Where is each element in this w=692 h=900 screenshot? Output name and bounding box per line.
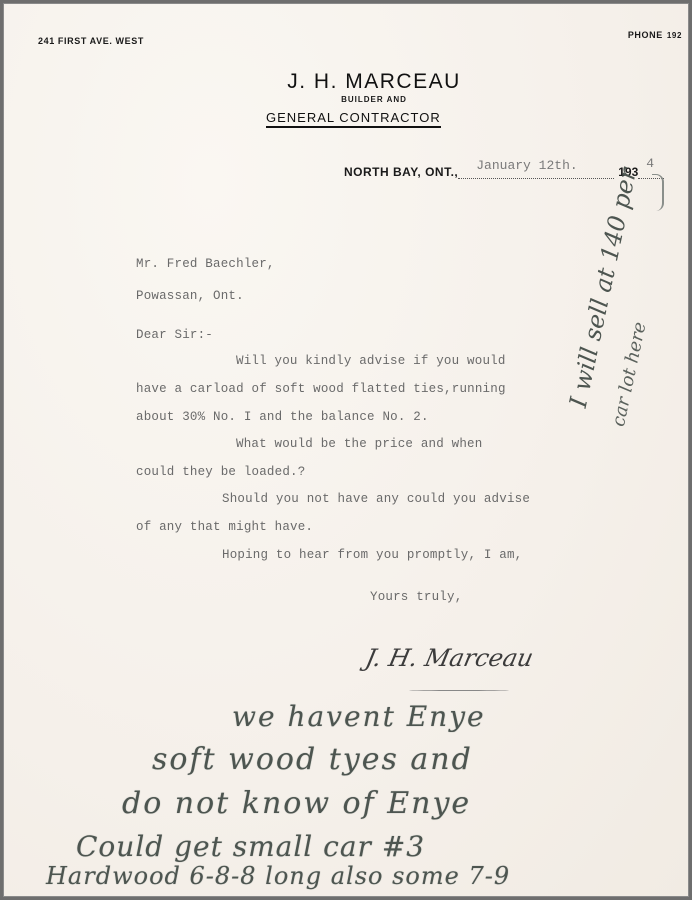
handwritten-bracket	[652, 174, 664, 211]
recipient-name: Mr. Fred Baechler,	[136, 257, 275, 271]
body-line: about 30% No. I and the balance No. 2.	[136, 410, 429, 424]
body-line: What would be the price and when	[236, 437, 482, 451]
letterhead-phone: PHONE192	[628, 30, 682, 40]
signature-underline	[409, 690, 509, 691]
date-field: January 12th.	[458, 164, 614, 179]
letterhead-address: 241 FIRST AVE. WEST	[38, 36, 144, 46]
body-line: of any that might have.	[136, 520, 313, 534]
company-name: J. H. MARCEAU	[4, 70, 689, 94]
handwritten-margin-note-2: car lot here	[608, 320, 651, 428]
body-line: have a carload of soft wood flatted ties…	[136, 382, 506, 396]
handwritten-line: do not know of Enye	[122, 786, 471, 821]
letter-page: 241 FIRST AVE. WEST PHONE192 J. H. MARCE…	[3, 3, 689, 897]
recipient-location: Powassan, Ont.	[136, 289, 244, 303]
body-line: could they be loaded.?	[136, 465, 305, 479]
year-suffix: 4	[646, 156, 654, 171]
handwritten-line: Hardwood 6-8-8 long also some 7-9	[46, 862, 510, 890]
salutation: Dear Sir:-	[136, 328, 213, 342]
phone-number: 192	[667, 31, 682, 40]
body-line: Hoping to hear from you promptly, I am,	[222, 548, 522, 562]
handwritten-line: Could get small car #3	[76, 830, 425, 863]
signature: J. H. Marceau	[363, 644, 536, 672]
handwritten-line: we havent Enye	[232, 700, 486, 733]
dateline-place: NORTH BAY, ONT.,	[344, 165, 458, 179]
handwritten-line: soft wood tyes and	[152, 742, 473, 777]
phone-label: PHONE	[628, 30, 663, 40]
closing: Yours truly,	[370, 590, 462, 604]
date-value: January 12th.	[476, 158, 577, 173]
company-subtitle: BUILDER AND	[4, 95, 689, 104]
company-title: GENERAL CONTRACTOR	[266, 110, 441, 128]
body-line: Will you kindly advise if you would	[236, 354, 506, 368]
body-line: Should you not have any could you advise	[222, 492, 530, 506]
